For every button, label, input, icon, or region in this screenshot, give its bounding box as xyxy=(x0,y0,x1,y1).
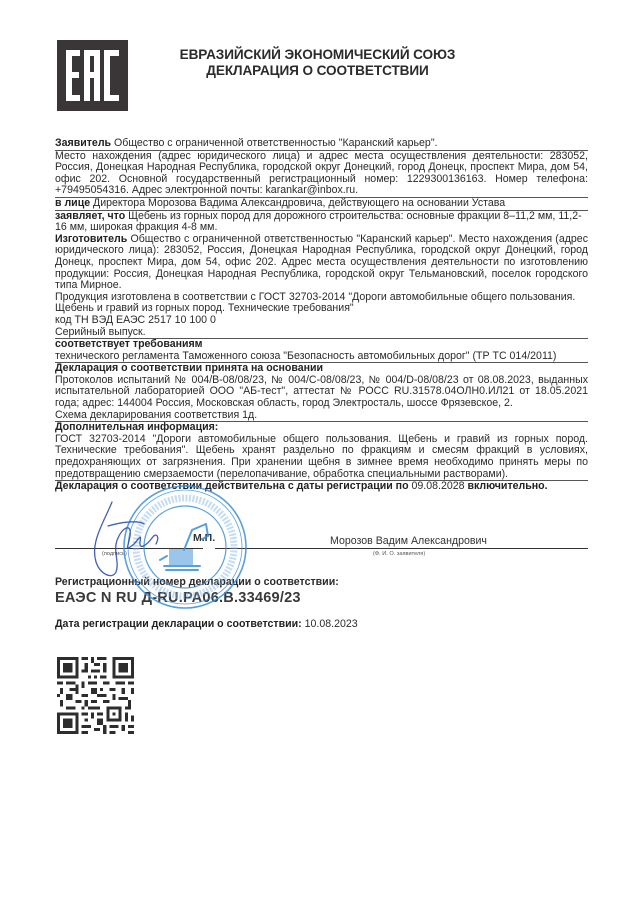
applicant-address-2: Россия, Донецкая Народная Республика, го… xyxy=(55,162,588,174)
validity-label: Декларация о соответствии действительна … xyxy=(55,481,409,492)
applicant-line: Заявитель Общество с ограниченной ответс… xyxy=(55,138,588,151)
manufacturer-line-1: Изготовитель Общество с ограниченной отв… xyxy=(55,234,588,246)
declares-line-1: заявляет, что Щебень из горных пород для… xyxy=(55,211,588,223)
represented-line: в лице Директора Морозова Вадима Алексан… xyxy=(55,198,588,211)
basis-line-1: Протоколов испытаний № 004/В-08/08/23, №… xyxy=(55,375,588,387)
qr-code xyxy=(57,657,134,734)
applicant-name: Общество с ограниченной ответственностью… xyxy=(111,138,437,149)
qr-code-icon xyxy=(57,657,134,734)
additional-label: Дополнительная информация: xyxy=(55,422,588,434)
manufacturer-line-5: типа Мирное. xyxy=(55,280,588,292)
eac-logo xyxy=(57,40,128,111)
applicant-address-1: Место нахождения (адрес юридического лиц… xyxy=(55,151,588,163)
additional-line-3: предохраняющих от загрязнения. При хране… xyxy=(55,457,588,469)
validity-label-end: включительно. xyxy=(467,481,547,492)
applicant-label: Заявитель xyxy=(55,138,111,149)
signature-line xyxy=(55,548,203,549)
product-serial: Серийный выпуск. xyxy=(55,327,588,340)
product-line-2: Щебень и гравий из горных пород. Техниче… xyxy=(55,303,588,315)
conformity-regulation: технического регламента Таможенного союз… xyxy=(55,351,588,364)
signer-name-line xyxy=(215,548,588,549)
manufacturer-text-1: Общество с ограниченной ответственностью… xyxy=(127,234,588,245)
additional-line-2: Технические требования". Щебень хранят р… xyxy=(55,445,588,457)
registration-date: 10.08.2023 xyxy=(302,618,358,630)
title-union: ЕВРАЗИЙСКИЙ ЭКОНОМИЧЕСКИЙ СОЮЗ xyxy=(150,47,485,63)
product-line-1: Продукция изготовлена в соответствии с Г… xyxy=(55,292,588,304)
document-title: ЕВРАЗИЙСКИЙ ЭКОНОМИЧЕСКИЙ СОЮЗ ДЕКЛАРАЦИ… xyxy=(150,47,485,79)
basis-line-2: испытательной лабораторией ООО "АБ-тест"… xyxy=(55,386,588,398)
validity-date: 09.08.2028 xyxy=(409,481,468,492)
basis-line-3: года; адрес: 144004 Россия, Московская о… xyxy=(55,398,588,410)
represented-label: в лице xyxy=(55,198,90,209)
additional-line-1: ГОСТ 32703-2014 "Дороги автомобильные об… xyxy=(55,434,588,446)
registration-date-line: Дата регистрации декларации о соответств… xyxy=(55,618,358,630)
registration-number-label: Регистрационный номер декларации о соотв… xyxy=(55,576,339,588)
manufacturer-label: Изготовитель xyxy=(55,234,127,245)
registration-number: ЕАЭС N RU Д-RU.РА06.В.33469/23 xyxy=(55,590,301,606)
signature-row: (подпись) М.П. Морозов Вадим Александров… xyxy=(55,530,588,570)
declares-text-1: Щебень из горных пород для дорожного стр… xyxy=(125,211,582,222)
additional-line-4: предотвращению смерзаемости (перелопачив… xyxy=(55,469,588,482)
applicant-address-3: офис 202. Основной государственный регис… xyxy=(55,174,588,186)
eac-mark-icon xyxy=(57,40,128,111)
basis-scheme: Схема декларирования соответствия 1д. xyxy=(55,410,588,423)
additional-label-text: Дополнительная информация: xyxy=(55,422,218,433)
basis-label-text: Декларация о соответствии принята на осн… xyxy=(55,363,323,374)
registration-date-label: Дата регистрации декларации о соответств… xyxy=(55,618,302,630)
conformity-label-text: соответствует требованиям xyxy=(55,339,203,350)
signature-caption: (подпись) xyxy=(102,551,127,557)
stamp-mark-label: М.П. xyxy=(193,532,215,544)
basis-label: Декларация о соответствии принята на осн… xyxy=(55,363,588,375)
validity-line: Декларация о соответствии действительна … xyxy=(55,481,588,493)
manufacturer-line-2: юридического лица): 283052, Россия, Доне… xyxy=(55,245,588,257)
declaration-body: Заявитель Общество с ограниченной ответс… xyxy=(55,138,588,493)
declares-label: заявляет, что xyxy=(55,211,125,222)
represented-by: Директора Морозова Вадима Александровича… xyxy=(90,198,505,209)
signer-caption: (Ф. И. О. заявителя) xyxy=(373,551,425,557)
conformity-label: соответствует требованиям xyxy=(55,339,588,351)
declares-line-2: 16 мм, широкая фракция 4-8 мм. xyxy=(55,222,588,234)
manufacturer-line-3: Донецк, проспект Мира, дом 54, офис 202.… xyxy=(55,257,588,269)
signer-name: Морозов Вадим Александрович xyxy=(330,535,487,547)
manufacturer-line-4: продукции: Россия, Донецкая Народная Рес… xyxy=(55,269,588,281)
product-code: код ТН ВЭД ЕАЭС 2517 10 100 0 xyxy=(55,315,588,327)
title-declaration: ДЕКЛАРАЦИЯ О СООТВЕТСТВИИ xyxy=(150,63,485,79)
applicant-address-4: +79495054316. Адрес электронной почты: k… xyxy=(55,185,588,198)
